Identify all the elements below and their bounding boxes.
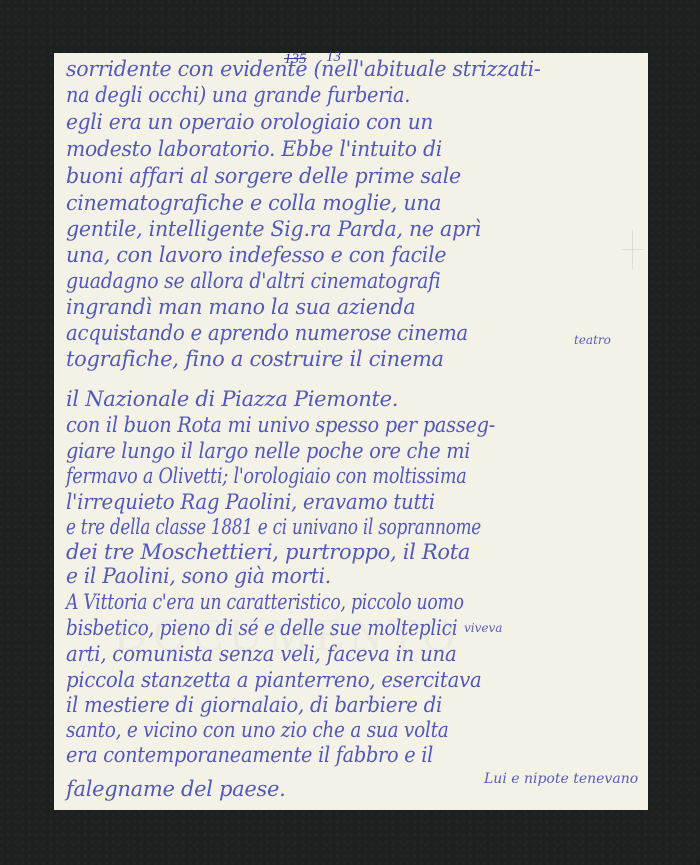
annotation-tail: Lui e nipote tenevano: [484, 771, 638, 787]
annotation-viveva: viveva: [464, 621, 502, 635]
text-line-4: modesto laboratorio. Ebbe l'intuito di: [66, 137, 442, 161]
text-line-2: na degli occhi) una grande furberia.: [66, 83, 410, 107]
text-line-13: il Nazionale di Piazza Piemonte.: [66, 387, 398, 411]
text-line-15: giare lungo il largo nelle poche ore che…: [66, 439, 470, 463]
text-line-12: tografiche, fino a costruire il cinema: [66, 347, 444, 371]
text-line-22: bisbetico, pieno di sé e delle sue molte…: [66, 616, 457, 640]
text-line-7: gentile, intelligente Sig.ra Parda, ne a…: [66, 217, 481, 241]
text-line-27: era contemporaneamente il fabbro e il: [66, 743, 433, 767]
text-line-3: egli era un operaio orologiaio con un: [66, 110, 433, 134]
text-line-14: con il buon Rota mi univo spesso per pas…: [66, 413, 495, 437]
text-line-1: sorridente con evidente (nell'abituale s…: [66, 57, 541, 81]
annotation-teatro: teatro: [574, 333, 611, 347]
text-line-21: A Vittoria c'era un caratteristico, picc…: [66, 590, 464, 614]
text-line-17: l'irrequieto Rag Paolini, eravamo tutti: [66, 490, 435, 514]
text-line-28: falegname del paese.: [66, 777, 285, 801]
text-line-10: ingrandì man mano la sua azienda: [66, 295, 415, 319]
text-line-19: dei tre Moschettieri, purtroppo, il Rota: [66, 540, 470, 564]
text-line-5: buoni affari al sorgere delle prime sale: [66, 164, 461, 188]
text-line-9: guadagno se allora d'altri cinematografi: [66, 269, 441, 293]
registration-mark-icon: [622, 229, 644, 269]
text-line-24: piccola stanzetta a pianterreno, esercit…: [66, 668, 481, 692]
text-line-16: fermavo a Olivetti; l'orologiaio con mol…: [66, 464, 467, 488]
text-line-11: acquistando e aprendo numerose cinema: [66, 321, 468, 345]
text-line-18: e tre della classe 1881 e ci univano il …: [66, 515, 481, 539]
text-line-25: il mestiere di giornalaio, di barbiere d…: [66, 693, 442, 717]
text-line-8: una, con lavoro indefesso e con facile: [66, 243, 446, 267]
text-line-6: cinematografiche e colla moglie, una: [66, 191, 441, 215]
document-page: DOCUMENTO 135 13 sorridente con evidente…: [54, 53, 648, 810]
text-line-20: e il Paolini, sono già morti.: [66, 564, 331, 588]
text-line-26: santo, e vicino con uno zio che a sua vo…: [66, 718, 449, 742]
text-line-23: arti, comunista senza veli, faceva in un…: [66, 642, 456, 666]
